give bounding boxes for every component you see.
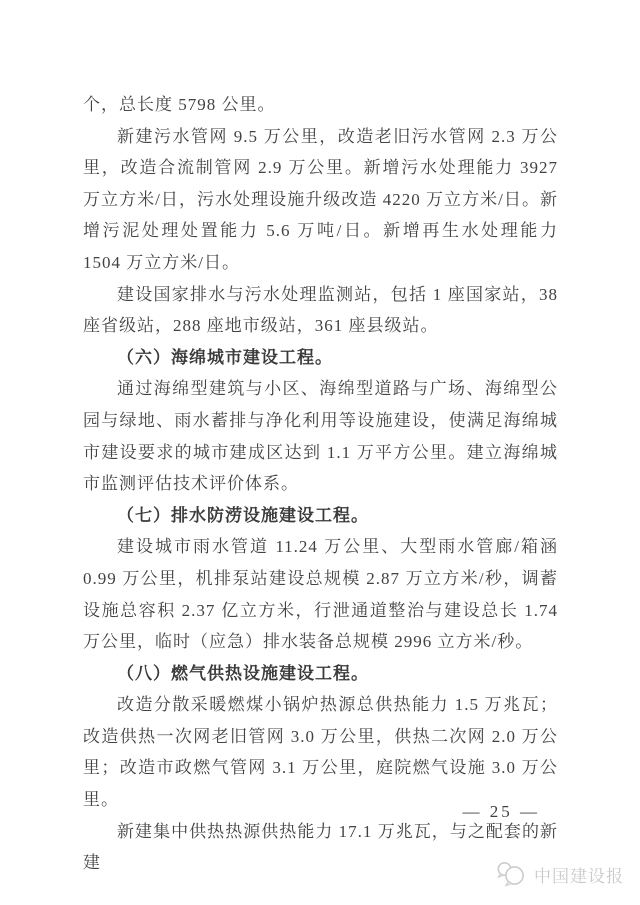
paragraph: 通过海绵型建筑与小区、海绵型道路与广场、海绵型公园与绿地、雨水蓄排与净化利用等设… bbox=[83, 373, 558, 499]
section-heading-6: （六）海绵城市建设工程。 bbox=[83, 342, 558, 374]
document-page: 个，总长度 5798 公里。 新建污水管网 9.5 万公里，改造老旧污水管网 2… bbox=[0, 0, 640, 905]
publisher-name: 中国建设报 bbox=[534, 862, 624, 887]
paragraph: 改造分散采暖燃煤小锅炉热源总供热能力 1.5 万兆瓦；改造供热一次网老旧管网 3… bbox=[83, 689, 558, 815]
paragraph: 建设城市雨水管道 11.24 万公里、大型雨水管廊/箱涵 0.99 万公里，机排… bbox=[83, 531, 558, 657]
section-heading-8: （八）燃气供热设施建设工程。 bbox=[83, 658, 558, 690]
paragraph: 新建污水管网 9.5 万公里，改造老旧污水管网 2.3 万公里，改造合流制管网 … bbox=[83, 121, 558, 279]
paragraph: 新建集中供热热源供热能力 17.1 万兆瓦，与之配套的新建 bbox=[83, 816, 558, 879]
paragraph-continuation: 个，总长度 5798 公里。 bbox=[83, 89, 558, 121]
document-body: 个，总长度 5798 公里。 新建污水管网 9.5 万公里，改造老旧污水管网 2… bbox=[83, 89, 558, 879]
paragraph: 建设国家排水与污水处理监测站，包括 1 座国家站，38 座省级站，288 座地市… bbox=[83, 279, 558, 342]
publisher-watermark: 中国建设报 bbox=[495, 860, 624, 888]
page-number: — 25 — bbox=[463, 802, 541, 822]
wechat-bubbles-icon bbox=[495, 860, 527, 888]
section-heading-7: （七）排水防涝设施建设工程。 bbox=[83, 500, 558, 532]
